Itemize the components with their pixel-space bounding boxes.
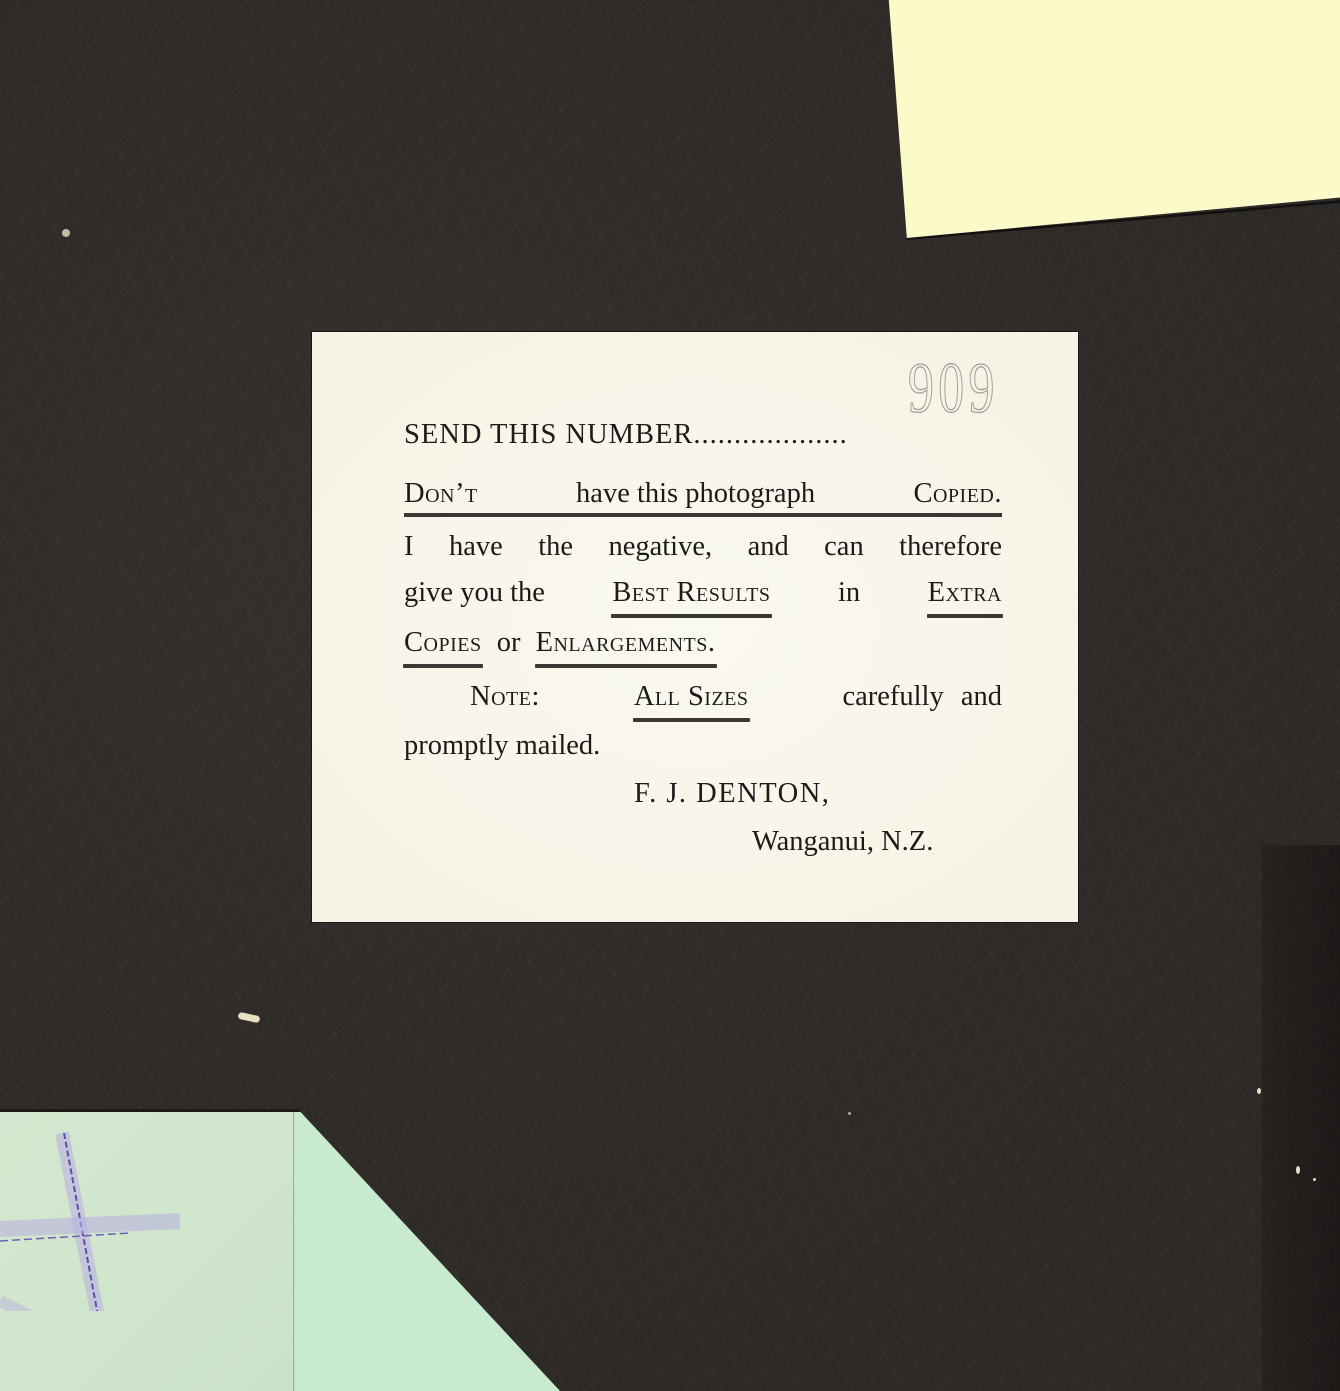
- dust-fleck: [1296, 1166, 1300, 1174]
- note-line: Note: All Sizes carefully and: [404, 683, 1002, 712]
- carefully-text: carefully and: [842, 683, 1002, 712]
- note-label: Note:: [470, 683, 540, 712]
- all-sizes-phrase: All Sizes: [634, 683, 749, 712]
- best-results-phrase: Best Results: [612, 579, 770, 608]
- word: have: [449, 533, 503, 562]
- copies-word: Copies: [404, 629, 482, 658]
- extra-word: Extra: [928, 579, 1002, 608]
- dotted-leader: ...................: [693, 419, 847, 450]
- dust-fleck: [848, 1112, 851, 1115]
- green-paper-fold-line: [293, 1111, 294, 1391]
- dust-fleck: [1313, 1178, 1316, 1181]
- board-shadow: [1262, 845, 1340, 1391]
- word: can: [824, 533, 864, 562]
- dont-word: Don’t: [404, 480, 478, 509]
- in-word: in: [838, 579, 860, 608]
- give-you-text: give you the: [404, 579, 545, 608]
- send-number-label: SEND THIS NUMBER: [404, 419, 693, 450]
- copied-word: Copied.: [913, 480, 1002, 509]
- or-word: or: [497, 627, 521, 658]
- best-results-line: give you the Best Results in Extra: [404, 579, 1002, 608]
- underline: [404, 513, 1002, 517]
- have-photograph-text: have this photograph: [576, 480, 815, 509]
- word: therefore: [899, 533, 1002, 562]
- promptly-mailed-line: promptly mailed.: [404, 732, 1002, 761]
- send-number-line: SEND THIS NUMBER...................: [404, 421, 1002, 450]
- yellow-paper: [888, 0, 1340, 238]
- negative-line: I have the negative, and can therefore: [404, 533, 1002, 562]
- dont-copy-line: Don’t have this photograph Copied.: [404, 480, 1002, 509]
- photographer-location: Wanganui, N.Z.: [752, 828, 933, 857]
- pencil-cross-mark: [0, 1111, 200, 1311]
- word: I: [404, 533, 414, 562]
- word: the: [538, 533, 573, 562]
- word: and: [748, 533, 789, 562]
- enlargements-line: Copies or Enlargements.: [404, 629, 1002, 658]
- enlargements-word: Enlargements.: [536, 629, 716, 658]
- word: negative,: [608, 533, 712, 562]
- photographer-name: F. J. DENTON,: [634, 780, 830, 809]
- dust-fleck: [62, 229, 70, 237]
- photographer-backmark-card: 909 SEND THIS NUMBER................... …: [312, 332, 1078, 922]
- dust-fleck: [1257, 1088, 1261, 1094]
- handwritten-number: 909: [908, 352, 999, 424]
